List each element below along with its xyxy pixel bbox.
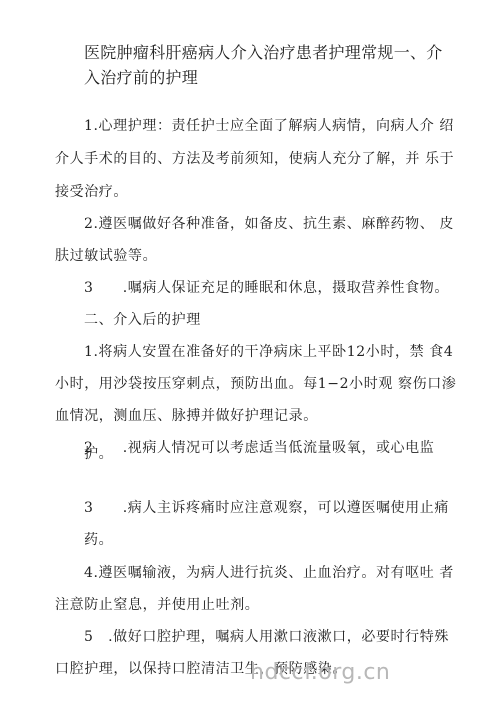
paragraph-line: 1.心理护理：责任护士应全面了解病人病情，向病人介 绍 <box>84 116 454 136</box>
paragraph-line: 护。 <box>84 444 113 464</box>
document-title: 医院肿瘤科肝癌病人介入治疗患者护理常规一、介 入治疗前的护理 <box>84 40 454 90</box>
paragraph-line: 2 .视病人情况可以考虑适当低流量吸氧，或心电监 <box>84 438 434 458</box>
paragraph-line: 介人手术的目的、方法及考前须知，使病人充分了解，并 乐于 <box>55 149 454 169</box>
paragraph-line: 药。 <box>84 530 113 550</box>
title-line-1: 医院肿瘤科肝癌病人介入治疗患者护理常规一、介 <box>84 40 454 65</box>
paragraph-line: 血情况，测血压、脉搏并做好护理记录。 <box>55 406 318 426</box>
paragraph-line: 4.遵医嘱输液，为病人进行抗炎、止血治疗。对有呕吐 者 <box>84 563 454 583</box>
title-line-2: 入治疗前的护理 <box>84 65 454 90</box>
paragraph-line: 小时，用沙袋按压穿刺点，预防出血。每1−2小时观 察伤口渗 <box>55 374 456 394</box>
paragraph-line: 接受治疗。 <box>55 182 128 202</box>
paragraph-line: 1.将病人安置在准备好的干净病床上平卧12小时，禁 食4 <box>84 342 453 362</box>
paragraph-line: 肤过敏试验等。 <box>55 246 157 266</box>
paragraph-line: 3 .嘱病人保证充足的睡眠和休息，摄取营养性食物。 <box>84 278 449 298</box>
paragraph-line: 2.遵医嘱做好各种准备，如备皮、抗生素、麻醉药物、 皮 <box>84 214 454 234</box>
paragraph-line: 5 .做好口腔护理，嘱病人用漱口液漱口，必要时行特殊 <box>84 627 449 647</box>
paragraph-line: 注意防止窒息，并使用止吐剂。 <box>55 595 259 615</box>
document-page: 医院肿瘤科肝癌病人介入治疗患者护理常规一、介 入治疗前的护理 1.心理护理：责任… <box>0 0 500 705</box>
paragraph-line: 3 .病人主诉疼痛时应注意观察，可以遵医嘱使用止痛 <box>84 498 449 518</box>
section-heading: 二、介入后的护理 <box>84 310 201 330</box>
watermark: hdccf.org.cn <box>250 660 390 685</box>
